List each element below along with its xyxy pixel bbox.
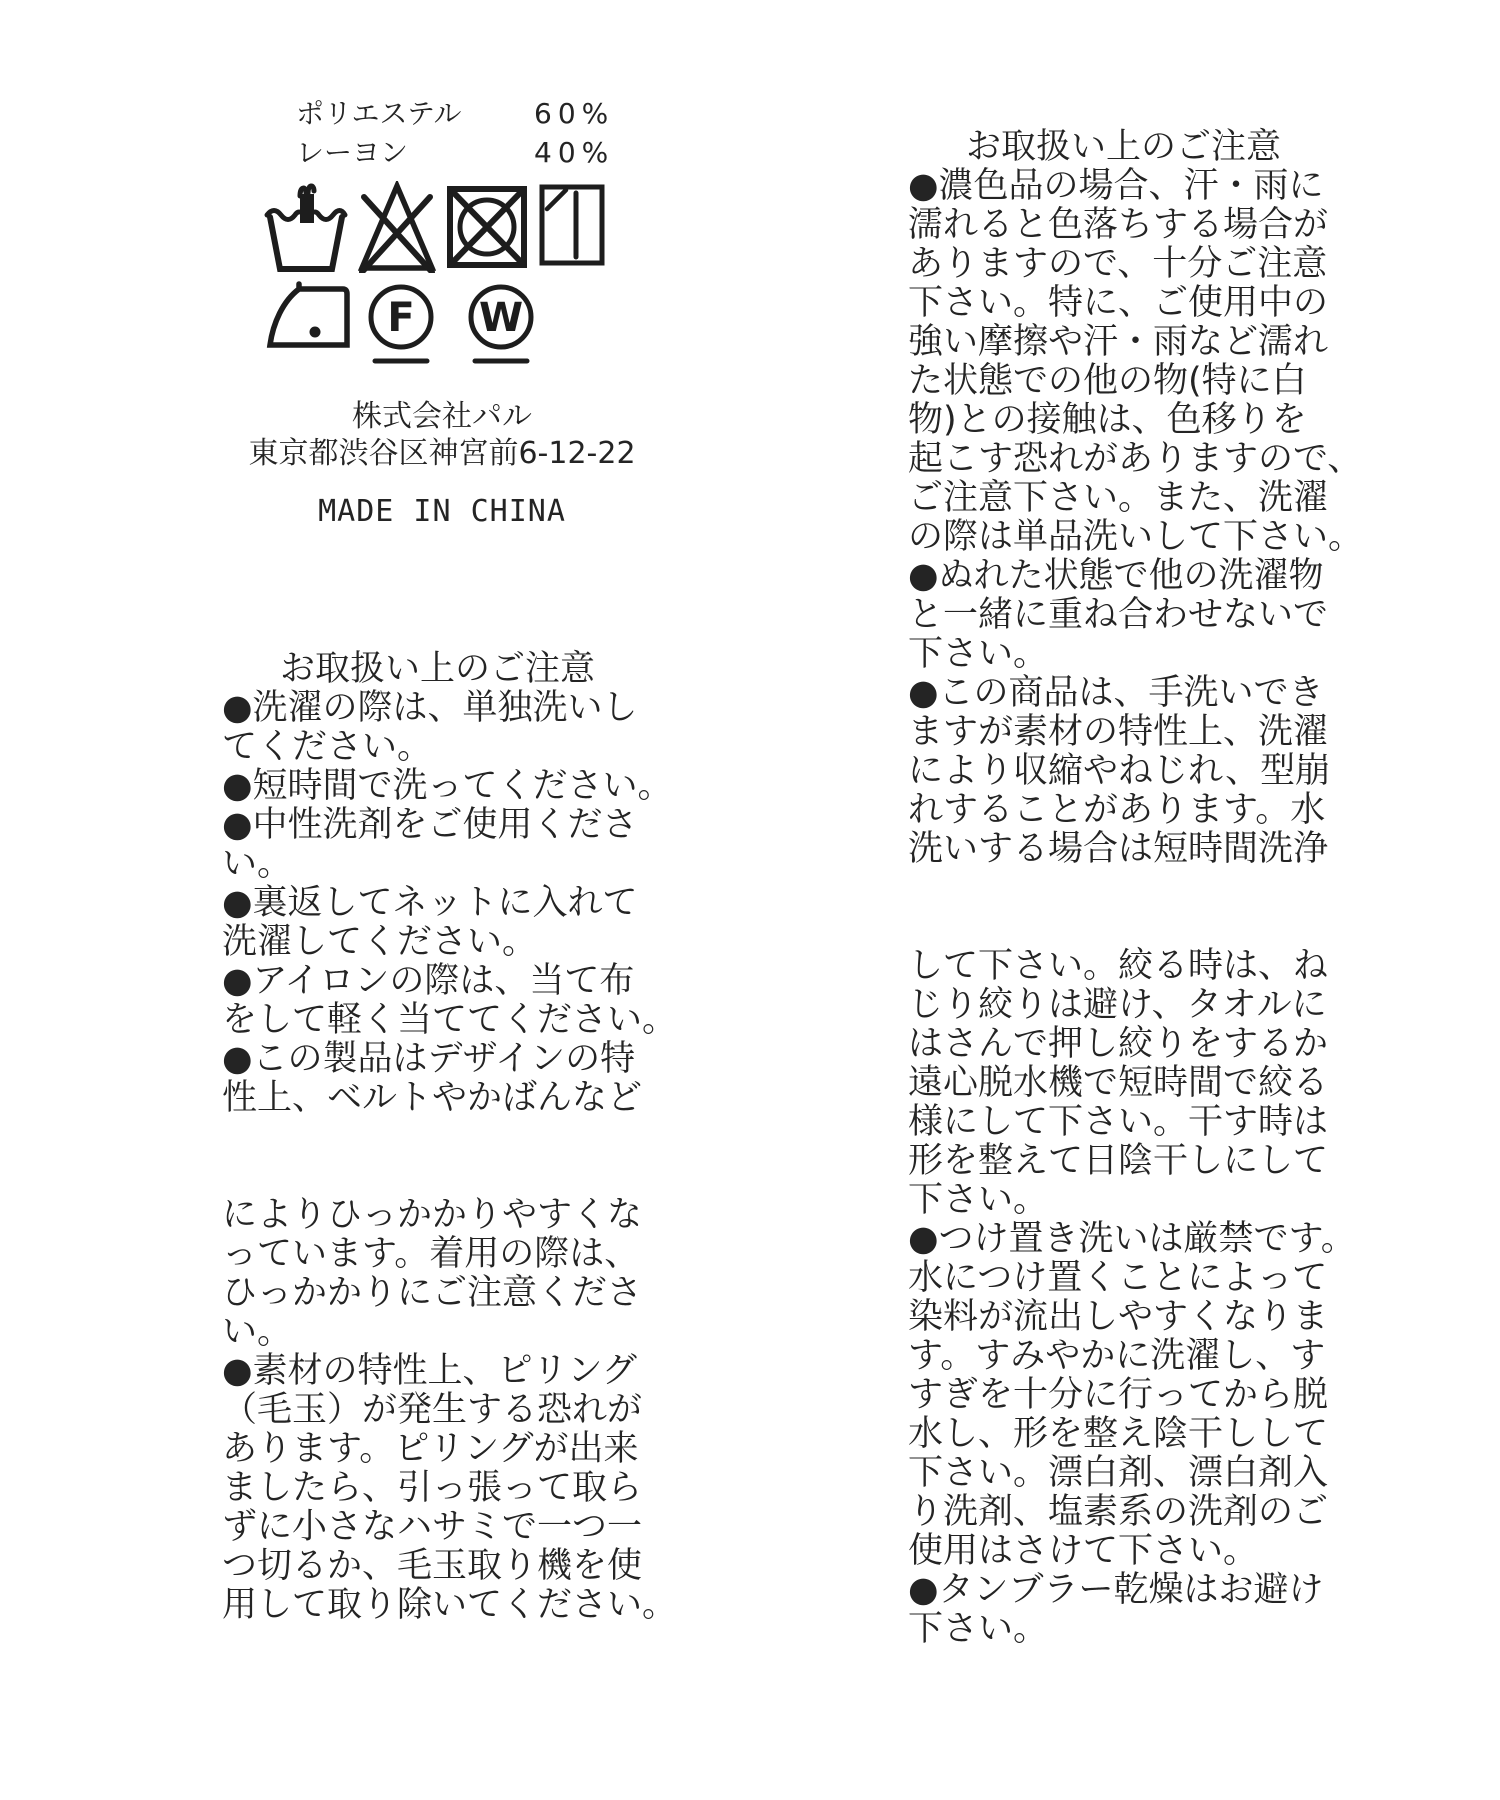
care-symbols-row1	[263, 181, 606, 273]
care-note-line: して下さい。絞る時は、ね	[908, 947, 1378, 986]
care-note-line: 使用はさけて下さい。	[908, 1532, 1378, 1571]
care-note-line: てください。	[222, 728, 692, 767]
care-note-line: ●つけ置き洗いは厳禁です。	[908, 1220, 1378, 1259]
care-note-line: た状態での他の物(特に白	[908, 362, 1378, 401]
care-note-line: 水につけ置くことによって	[908, 1259, 1378, 1298]
care-note-line: により収縮やねじれ、型崩	[908, 752, 1378, 791]
care-note-line: 用して取り除いてください。	[222, 1586, 692, 1625]
care-note-line: 強い摩擦や汗・雨など濡れ	[908, 323, 1378, 362]
care-note-line: ●タンブラー乾燥はお避け	[908, 1571, 1378, 1610]
company-address: 東京都渋谷区神宮前6-12-22	[157, 435, 727, 472]
material-name: ポリエステル	[296, 94, 534, 133]
care-note-line: 濡れると色落ちする場合が	[908, 206, 1378, 245]
care-note-line: ●短時間で洗ってください。	[222, 767, 692, 806]
care-note-line: 洗濯してください。	[222, 923, 692, 962]
company-name: 株式会社パル	[157, 398, 727, 435]
care-note-line: い。	[222, 845, 692, 884]
care-note-line: ●この商品は、手洗いでき	[908, 674, 1378, 713]
care-note-line: ●ぬれた状態で他の洗濯物	[908, 557, 1378, 596]
care-note-line: 遠心脱水機で短時間で絞る	[908, 1064, 1378, 1103]
care-note-line: によりひっかかりやすくな	[222, 1196, 692, 1235]
care-note-line: ありますので、十分ご注意	[908, 245, 1378, 284]
care-note-line: 様にして下さい。干す時は	[908, 1103, 1378, 1142]
care-note-line: ●素材の特性上、ピリング	[222, 1352, 692, 1391]
care-note-line: ●この製品はデザインの特	[222, 1040, 692, 1079]
care-note-line: 性上、ベルトやかばんなど	[222, 1079, 692, 1118]
care-note-line: （毛玉）が発生する恐れが	[222, 1391, 692, 1430]
care-note-line: ずに小さなハサミで一つ一	[222, 1508, 692, 1547]
care-note-line: 下さい。	[908, 1181, 1378, 1220]
wet-clean-letter: W	[479, 295, 523, 341]
composition-block: ポリエステル 60% レーヨン 40%	[296, 94, 614, 172]
country-of-origin: MADE IN CHINA	[157, 493, 727, 530]
care-note-line: 洗いする場合は短時間洗浄	[908, 830, 1378, 869]
care-note-line: 水し、形を整え陰干しして	[908, 1415, 1378, 1454]
left-care-notes: お取扱い上のご注意 ●洗濯の際は、単独洗いしてください。●短時間で洗ってください…	[222, 650, 692, 1625]
iron-low-heat-icon	[265, 281, 355, 355]
care-note-line: 下さい。	[908, 635, 1378, 674]
care-note-line: ●アイロンの際は、当て布	[222, 962, 692, 1001]
care-note-line: り洗剤、塩素系の洗剤のご	[908, 1493, 1378, 1532]
care-note-line: の際は単品洗いして下さい。	[908, 518, 1378, 557]
care-note-line: 下さい。漂白剤、漂白剤入	[908, 1454, 1378, 1493]
care-note-line: す。すみやかに洗濯し、す	[908, 1337, 1378, 1376]
care-note-line: あります。ピリングが出来	[222, 1430, 692, 1469]
care-note-line: 染料が流出しやすくなりま	[908, 1298, 1378, 1337]
care-note-line	[222, 1118, 692, 1157]
care-note-line: ご注意下さい。また、洗濯	[908, 479, 1378, 518]
care-note-line: ますが素材の特性上、洗濯	[908, 713, 1378, 752]
hand-wash-icon	[263, 181, 349, 273]
care-notes-title: お取扱い上のご注意	[908, 128, 1378, 167]
line-dry-in-shade-icon	[538, 181, 606, 269]
dry-clean-petroleum-gentle-icon: F	[367, 281, 435, 365]
care-note-line: ●中性洗剤をご使用くださ	[222, 806, 692, 845]
wet-clean-gentle-icon: W	[467, 281, 535, 365]
left-care-notes-body: ●洗濯の際は、単独洗いしてください。●短時間で洗ってください。●中性洗剤をご使用…	[222, 689, 692, 1625]
material-percent: 60%	[534, 94, 614, 133]
composition-row: レーヨン 40%	[296, 133, 614, 172]
care-note-line: ●濃色品の場合、汗・雨に	[908, 167, 1378, 206]
care-note-line	[908, 908, 1378, 947]
care-notes-title: お取扱い上のご注意	[222, 650, 692, 689]
right-care-notes: お取扱い上のご注意 ●濃色品の場合、汗・雨に濡れると色落ちする場合がありますので…	[908, 128, 1378, 1649]
right-care-notes-body: ●濃色品の場合、汗・雨に濡れると色落ちする場合がありますので、十分ご注意下さい。…	[908, 167, 1378, 1649]
do-not-tumble-dry-icon	[445, 181, 529, 273]
care-note-line: と一緒に重ね合わせないで	[908, 596, 1378, 635]
material-percent: 40%	[534, 133, 614, 172]
do-not-bleach-icon	[358, 181, 436, 273]
care-note-line: ましたら、引っ張って取ら	[222, 1469, 692, 1508]
care-note-line: つ切るか、毛玉取り機を使	[222, 1547, 692, 1586]
care-note-line: をして軽く当ててください。	[222, 1001, 692, 1040]
care-note-line: ●裏返してネットに入れて	[222, 884, 692, 923]
care-label-page: { "label": { "background": "#ffffff", "i…	[0, 0, 1500, 1800]
care-note-line: ●洗濯の際は、単独洗いし	[222, 689, 692, 728]
care-note-line: 物)との接触は、色移りを	[908, 401, 1378, 440]
care-note-line: 起こす恐れがありますので、	[908, 440, 1378, 479]
care-note-line: 下さい。特に、ご使用中の	[908, 284, 1378, 323]
company-block: 株式会社パル 東京都渋谷区神宮前6-12-22 MADE IN CHINA	[157, 398, 727, 530]
care-note-line: はさんで押し絞りをするか	[908, 1025, 1378, 1064]
dry-clean-letter: F	[387, 295, 414, 341]
care-note-line: 形を整えて日陰干しにして	[908, 1142, 1378, 1181]
care-note-line: じり絞りは避け、タオルに	[908, 986, 1378, 1025]
care-note-line	[908, 869, 1378, 908]
care-note-line: っています。着用の際は、	[222, 1235, 692, 1274]
care-note-line: すぎを十分に行ってから脱	[908, 1376, 1378, 1415]
care-note-line	[222, 1157, 692, 1196]
composition-row: ポリエステル 60%	[296, 94, 614, 133]
material-name: レーヨン	[296, 133, 534, 172]
care-note-line: い。	[222, 1313, 692, 1352]
care-note-line: 下さい。	[908, 1610, 1378, 1649]
care-note-line: れすることがあります。水	[908, 791, 1378, 830]
care-note-line: ひっかかりにご注意くださ	[222, 1274, 692, 1313]
care-symbols-row2: F W	[265, 281, 535, 365]
